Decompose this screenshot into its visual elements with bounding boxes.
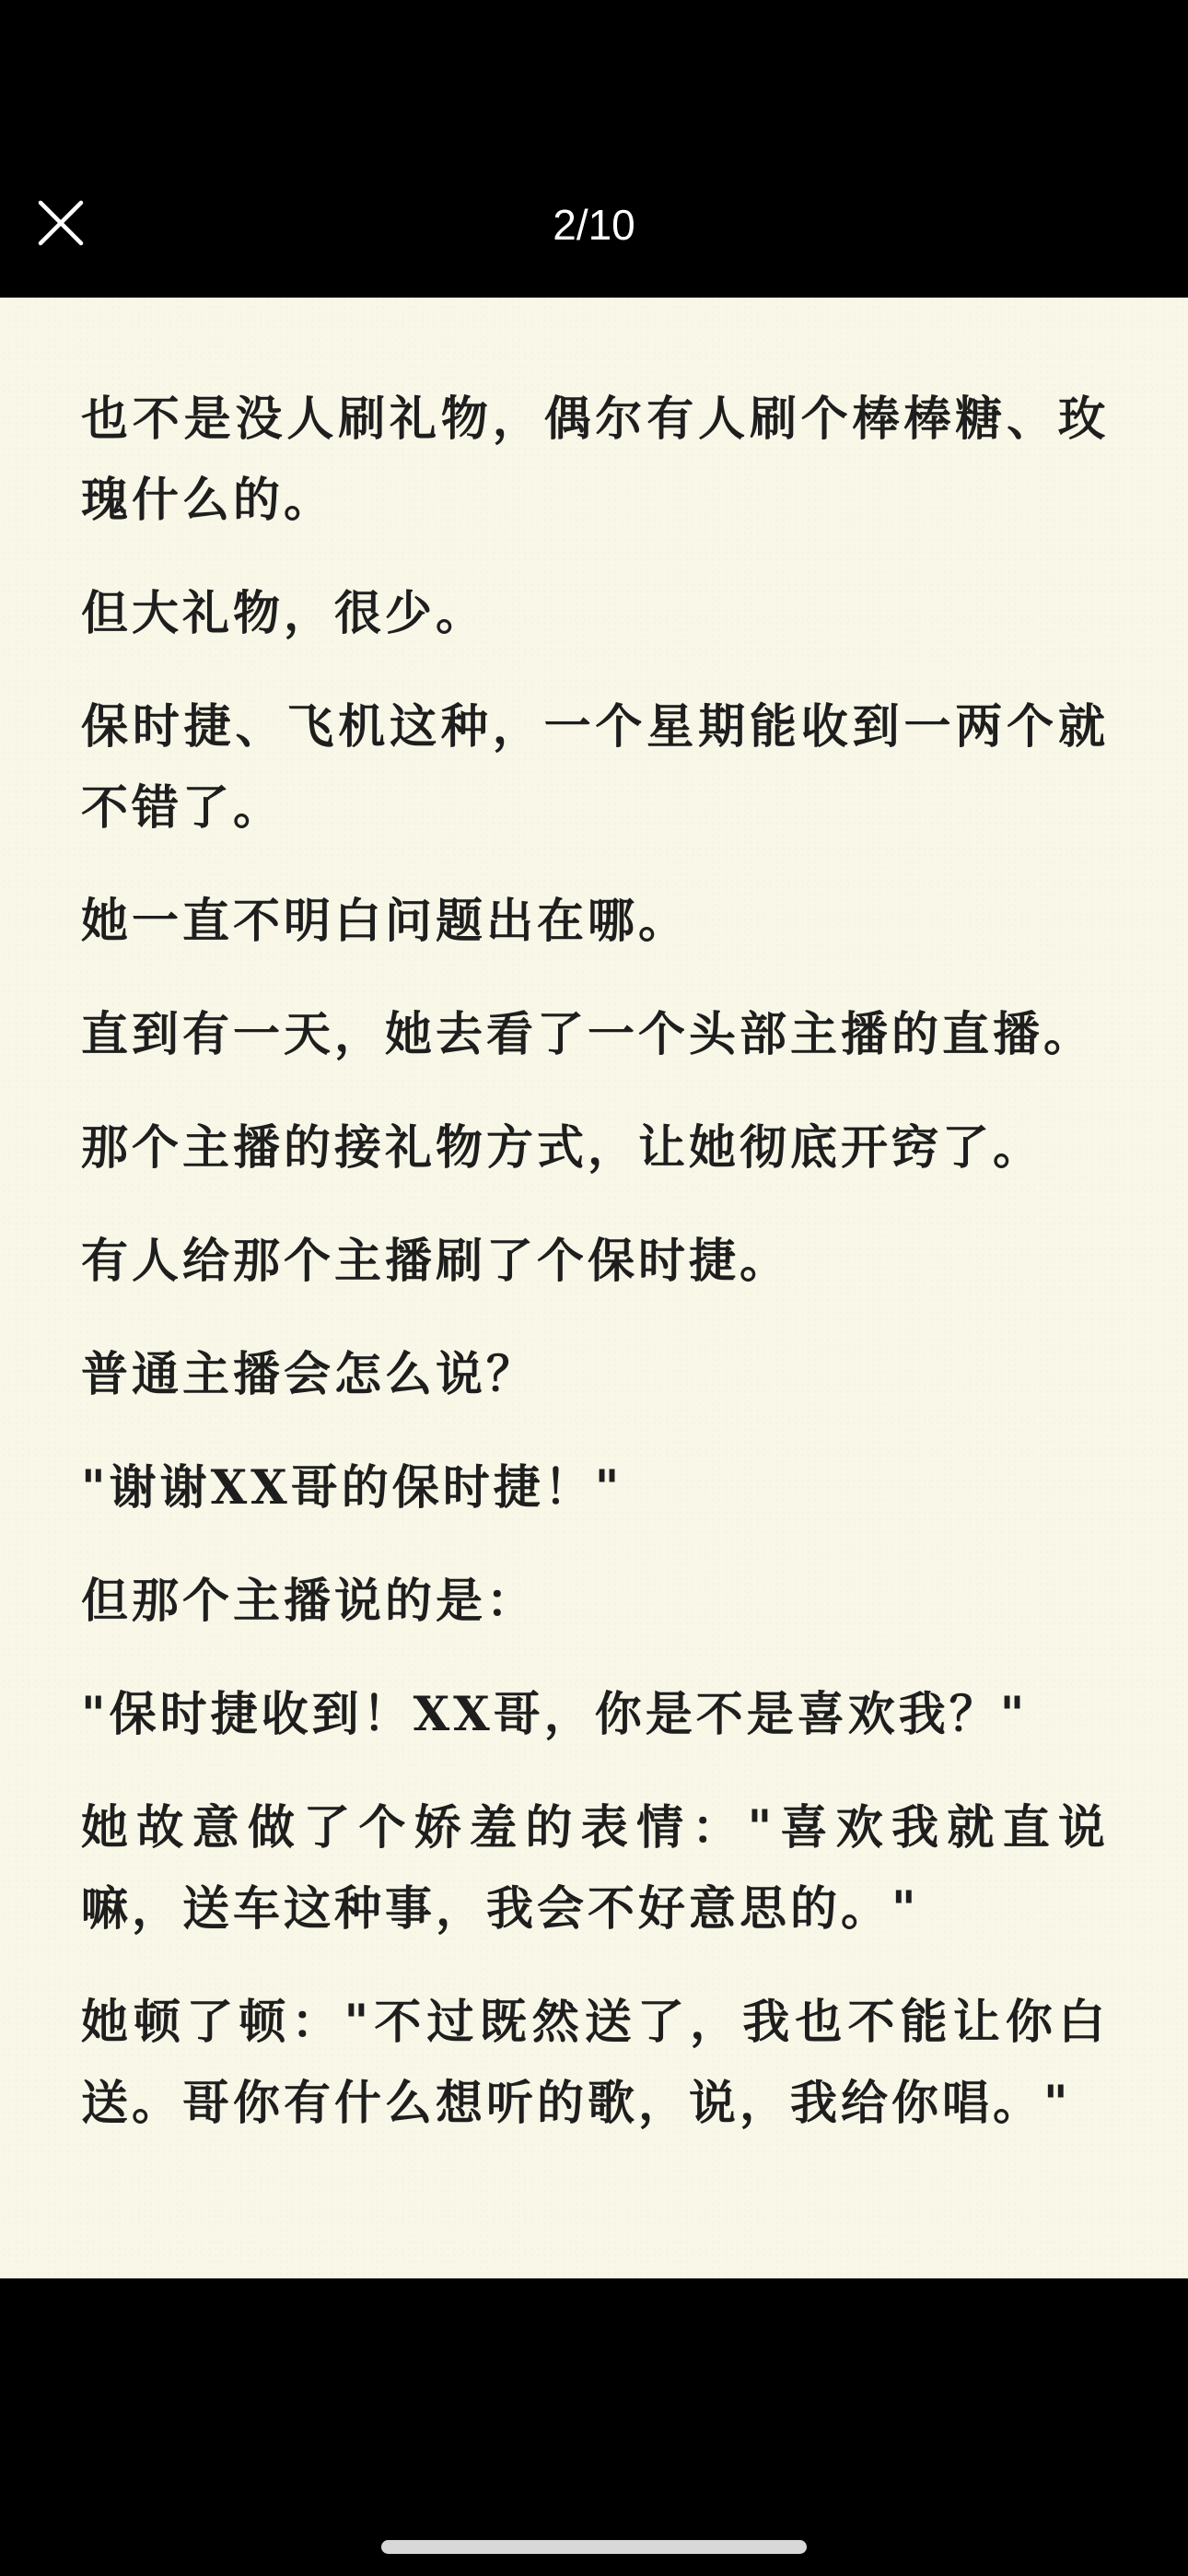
- top-bar: 2/10: [0, 0, 1188, 298]
- paragraph: 她顿了顿："不过既然送了，我也不能让你白送。哥你有什么想听的歌，说，我给你唱。": [81, 1982, 1109, 2144]
- paragraph: 那个主播的接礼物方式，让她彻底开窍了。: [81, 1107, 1109, 1188]
- home-indicator[interactable]: [381, 2540, 807, 2554]
- paragraph: 她故意做了个娇羞的表情："喜欢我就直说嘛，送车这种事，我会不好意思的。": [81, 1787, 1109, 1950]
- paragraph: 但大礼物，很少。: [81, 573, 1109, 654]
- paragraph: 直到有一天，她去看了一个头部主播的直播。: [81, 994, 1109, 1075]
- paragraph: 但那个主播说的是：: [81, 1561, 1109, 1642]
- paragraph: "谢谢XX哥的保时捷！": [81, 1447, 1109, 1528]
- paragraph: 保时捷、飞机这种，一个星期能收到一两个就不错了。: [81, 686, 1109, 849]
- paragraph: 普通主播会怎么说？: [81, 1334, 1109, 1415]
- reading-page[interactable]: 也不是没人刷礼物，偶尔有人刷个棒棒糖、玫瑰什么的。 但大礼物，很少。 保时捷、飞…: [0, 298, 1188, 2278]
- paragraph: "保时捷收到！XX哥，你是不是喜欢我？": [81, 1674, 1109, 1755]
- paragraph: 有人给那个主播刷了个保时捷。: [81, 1221, 1109, 1302]
- paragraph: 她一直不明白问题出在哪。: [81, 881, 1109, 962]
- page-counter: 2/10: [0, 197, 1188, 252]
- paragraph: 也不是没人刷礼物，偶尔有人刷个棒棒糖、玫瑰什么的。: [81, 379, 1109, 541]
